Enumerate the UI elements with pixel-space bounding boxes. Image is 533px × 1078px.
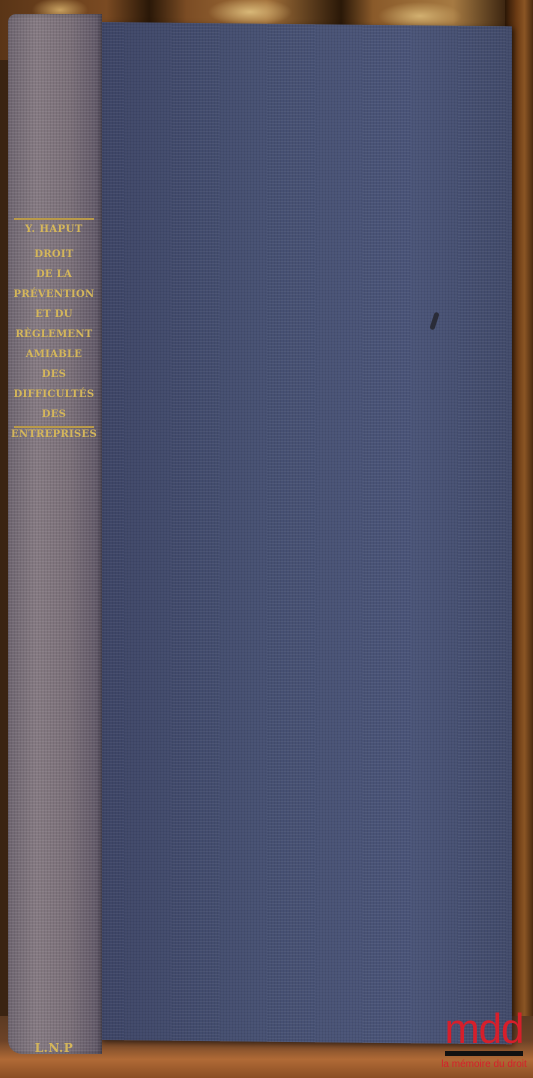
logo-mark: mdd [439,1009,529,1049]
spine-title-line: AMIABLE [10,345,98,365]
spine-title-line: RÈGLEMENT [10,325,98,345]
spine-title-line: ENTREPRISES [10,425,98,445]
spine-title-line: PRÉVENTION [10,285,98,305]
spine-title-line: DE LA [10,265,98,285]
logo-tagline: la mémoire du droit [439,1059,529,1070]
spine-publisher: L.N.P [10,1042,98,1054]
book-spine [8,14,102,1054]
watermark-logo: mdd la mémoire du droit [439,1009,529,1070]
spine-gilt-rule-top [14,218,94,220]
spine-title-line: ET DU [10,305,98,325]
spine-title-line: DIFFICULTÉS [10,385,98,405]
book-front-cover [100,22,512,1044]
spine-title: DROIT DE LA PRÉVENTION ET DU RÈGLEMENT A… [10,245,98,445]
spine-title-line: DROIT [10,245,98,265]
spine-title-line: DES [10,405,98,425]
spine-author: Y. HAPUT [10,225,98,235]
spine-title-line: DES [10,365,98,385]
spine-gilt-rule-bottom [14,426,94,428]
